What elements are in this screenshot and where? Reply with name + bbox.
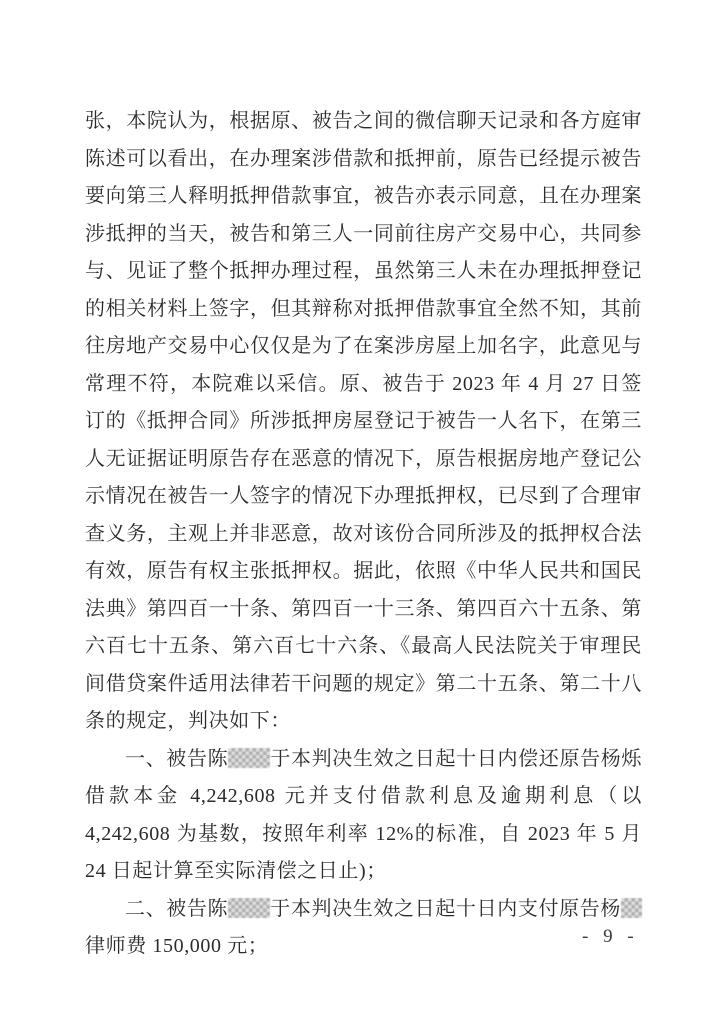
judgment-item-1: 一、被告陈于本判决生效之日起十日内偿还原告杨烁借款本金 4,242,608 元并… xyxy=(85,741,642,891)
judgment-item-2-prefix: 二、被告陈 xyxy=(125,898,228,920)
judgment-item-2: 二、被告陈于本判决生效之日起十日内支付原告杨律师费 150,000 元； xyxy=(85,891,642,966)
judgment-item-2-suffix: 律师费 150,000 元； xyxy=(85,935,268,957)
reasoning-paragraph: 张，本院认为，根据原、被告之间的微信聊天记录和各方庭审陈述可以看出，在办理案涉借… xyxy=(85,103,642,741)
document-page: 张，本院认为，根据原、被告之间的微信聊天记录和各方庭审陈述可以看出，在办理案涉借… xyxy=(0,0,724,1024)
reasoning-text: 张，本院认为，根据原、被告之间的微信聊天记录和各方庭审陈述可以看出，在办理案涉借… xyxy=(85,110,642,732)
judgment-item-1-prefix: 一、被告陈 xyxy=(125,748,228,770)
redacted-plaintiff-name xyxy=(621,898,642,918)
page-number: - 9 - xyxy=(582,926,652,948)
judgment-item-2-middle: 于本判决生效之日起十日内支付原告杨 xyxy=(270,898,621,920)
redacted-defendant-name xyxy=(228,898,270,918)
judgment-body-text: 张，本院认为，根据原、被告之间的微信聊天记录和各方庭审陈述可以看出，在办理案涉借… xyxy=(85,103,642,966)
redacted-defendant-name xyxy=(228,748,270,768)
